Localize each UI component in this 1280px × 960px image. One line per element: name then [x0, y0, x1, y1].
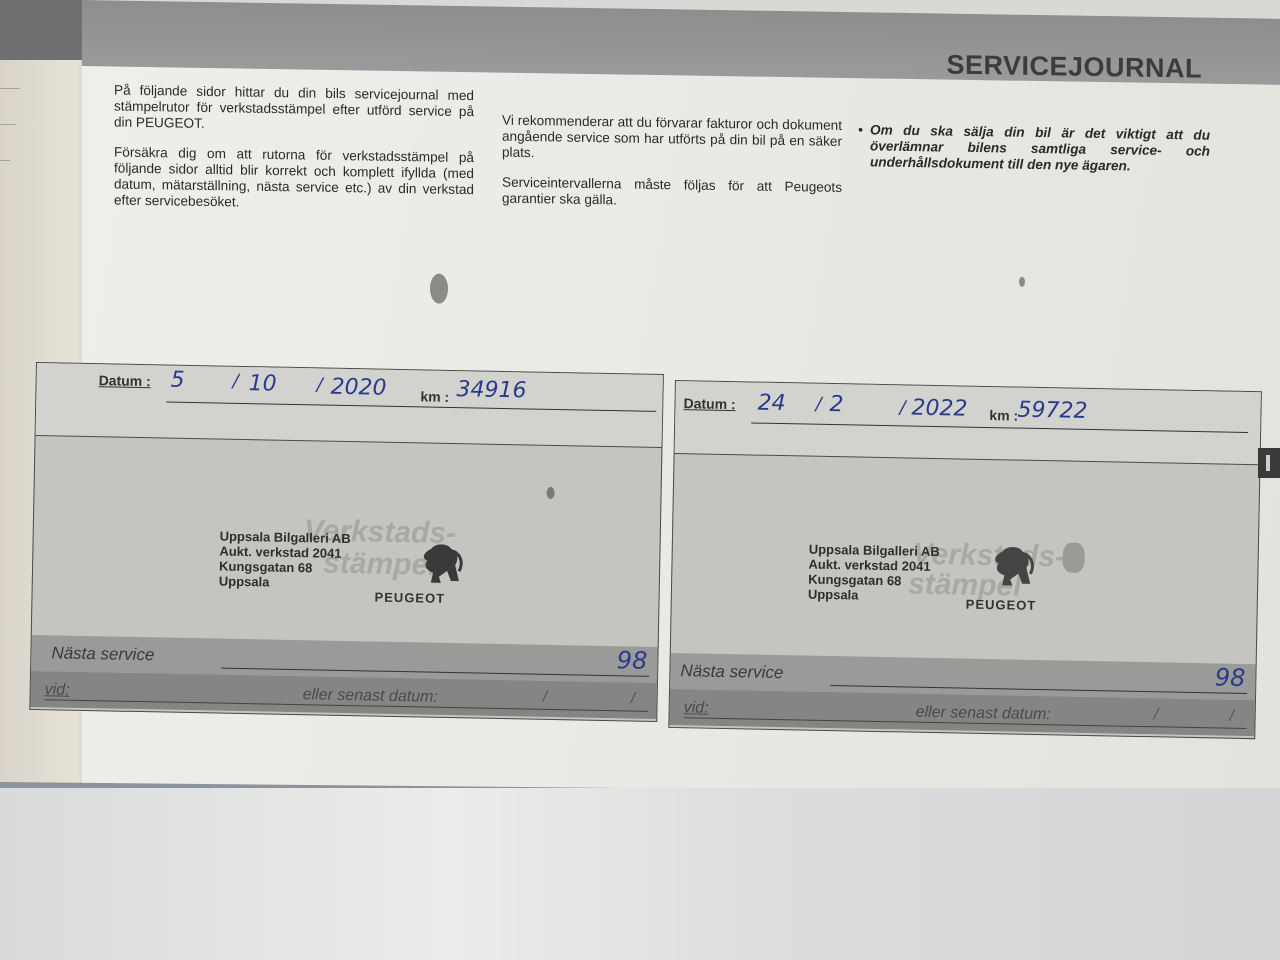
date-separator: / — [1153, 706, 1158, 724]
intro-column-3: • Om du ska sälja din bil är det viktigt… — [870, 122, 1210, 189]
ink-spot — [1019, 277, 1025, 287]
stamp-line: Uppsala — [808, 587, 939, 605]
datum-label: Datum : — [683, 395, 735, 412]
intro-paragraph: På följande sidor hittar du din bils ser… — [114, 83, 474, 137]
intro-column-1: På följande sidor hittar du din bils ser… — [114, 83, 474, 229]
km-label: km : — [420, 388, 449, 405]
odometer-km[interactable]: 34916 — [456, 377, 526, 403]
odometer-km[interactable]: 59722 — [1017, 398, 1087, 424]
date-separator: / — [815, 394, 821, 415]
date-separator: / — [630, 690, 635, 708]
next-service-value[interactable]: 98 — [1215, 663, 1246, 692]
workshop-stamp: Uppsala Bilgalleri AB Aukt. verkstad 204… — [808, 542, 940, 605]
intro-paragraph: Försäkra dig om att rutorna för verkstad… — [114, 145, 474, 215]
date-day[interactable]: 24 — [757, 391, 785, 417]
left-page-rule — [0, 88, 20, 89]
stamp-area: Verkstads- stämpel Uppsala Bilgalleri AB… — [671, 455, 1260, 662]
peugeot-lion-icon — [417, 540, 466, 587]
datum-label: Datum : — [99, 372, 151, 389]
peugeot-brand: PEUGEOT — [966, 597, 1037, 613]
date-separator: / — [316, 374, 322, 395]
date-month[interactable]: 2 — [829, 392, 843, 417]
section-tab-marker — [1258, 448, 1280, 478]
ink-spot — [1062, 542, 1085, 572]
intro-column-2: Vi rekommenderar att du förvarar fakturo… — [502, 113, 842, 226]
stamp-area: Verkstads- stämpel Uppsala Bilgalleri AB… — [32, 437, 662, 645]
peugeot-brand: PEUGEOT — [374, 590, 445, 606]
left-page-rule — [0, 160, 10, 161]
bullet-icon: • — [858, 122, 863, 138]
intro-note: Om du ska sälja din bil är det viktigt a… — [870, 122, 1210, 175]
vid-label: vid: — [45, 681, 70, 699]
date-month[interactable]: 10 — [248, 371, 276, 397]
date-year[interactable]: 2020 — [330, 375, 386, 401]
datum-row: Datum : 5 / 10 / 2020 km : 34916 — [36, 363, 663, 448]
date-separator: / — [899, 397, 905, 418]
header-band: SERVICEJOURNAL — [82, 0, 1280, 85]
intro-paragraph: Serviceintervallerna måste följas för at… — [502, 175, 842, 212]
datum-row: Datum : 24 / 2 / 2022 km : 59722 — [675, 381, 1261, 465]
datum-underline — [751, 422, 1248, 433]
date-separator: / — [232, 371, 238, 392]
ink-spot — [430, 273, 448, 303]
workshop-stamp: Uppsala Bilgalleri AB Aukt. verkstad 204… — [219, 529, 351, 592]
desk-surface — [0, 788, 1280, 960]
tab-marker-bar — [1266, 455, 1270, 471]
stamp-line: Uppsala — [219, 574, 350, 592]
km-label: km : — [989, 407, 1018, 424]
left-page-header-band — [0, 0, 95, 60]
next-service-value[interactable]: 98 — [617, 646, 648, 675]
next-service-label: Nästa service — [51, 643, 154, 665]
intro-paragraph: Vi rekommenderar att du förvarar fakturo… — [502, 113, 842, 166]
left-page-rule — [0, 124, 16, 125]
vid-label: vid: — [684, 699, 709, 717]
page-title: SERVICEJOURNAL — [946, 50, 1202, 85]
service-entry-1: Datum : 5 / 10 / 2020 km : 34916 Verksta… — [29, 362, 664, 722]
date-separator: / — [1229, 708, 1234, 726]
date-year[interactable]: 2022 — [911, 396, 967, 422]
datum-underline — [166, 402, 656, 412]
service-entry-2: Datum : 24 / 2 / 2022 km : 59722 Verksta… — [668, 380, 1262, 739]
next-service-label: Nästa service — [680, 661, 783, 683]
ink-spot — [546, 487, 554, 499]
date-day[interactable]: 5 — [170, 368, 184, 393]
peugeot-lion-icon — [988, 543, 1037, 590]
date-separator: / — [542, 689, 547, 707]
